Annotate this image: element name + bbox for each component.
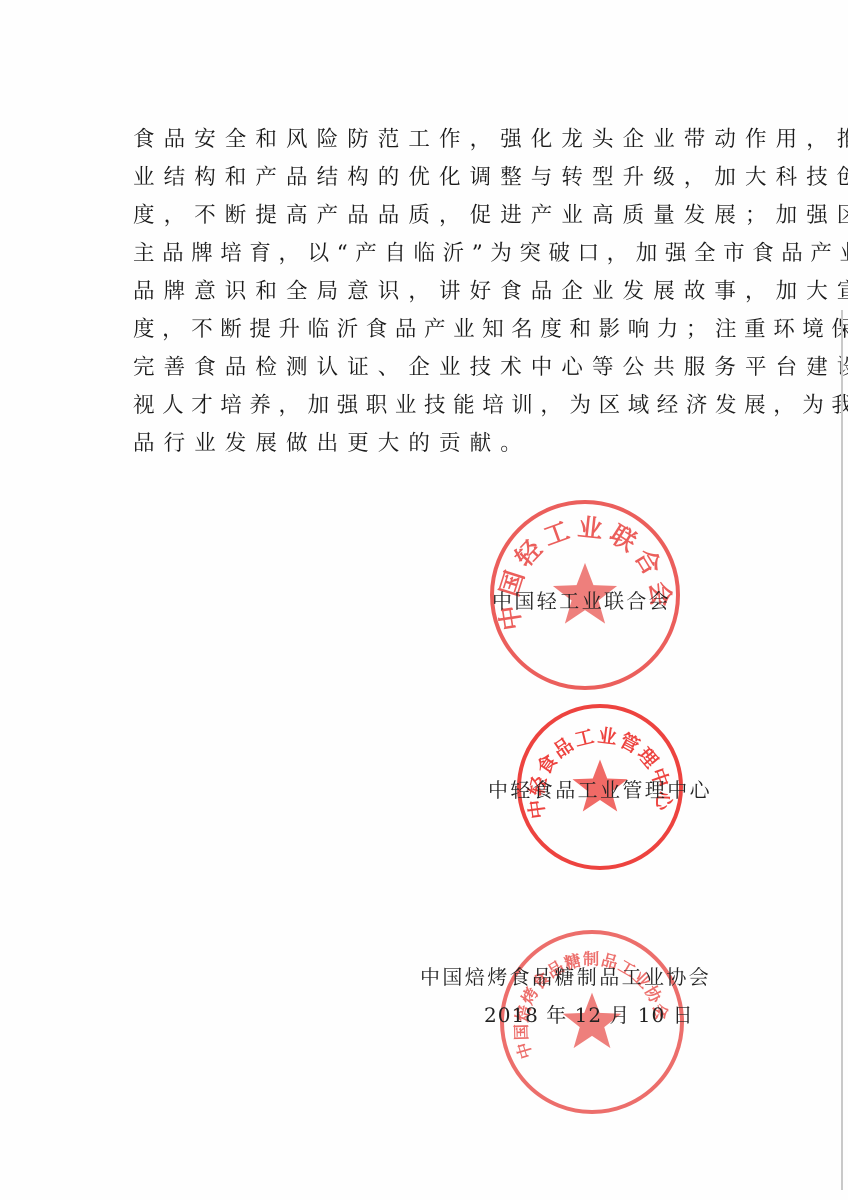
- paragraph-line: 度，不断提升临沂食品产业知名度和影响力；注重环境保护，: [133, 311, 723, 349]
- signatory-name: 中国轻工业联合会: [492, 585, 671, 614]
- document-date: 2018 年 12 月 10 日: [484, 999, 694, 1028]
- body-paragraph: 食品安全和风险防范工作，强化龙头企业带动作用，推动产 业结构和产品结构的优化调整…: [133, 121, 723, 463]
- signatory-name: 中国焙烤食品糖制品工业协会: [420, 961, 711, 990]
- paragraph-line: 食品安全和风险防范工作，强化龙头企业带动作用，推动产: [133, 121, 723, 159]
- paragraph-line: 品牌意识和全局意识，讲好食品企业发展故事，加大宣传力: [133, 273, 723, 311]
- paragraph-line: 主品牌培育，以“产自临沂”为突破口，加强全市食品产业: [133, 235, 723, 273]
- paragraph-line: 品行业发展做出更大的贡献。: [133, 425, 723, 463]
- paragraph-line: 视人才培养，加强职业技能培训，为区域经济发展，为我国食: [133, 387, 723, 425]
- signatory-name: 中轻食品工业管理中心: [488, 774, 712, 803]
- document-page: 食品安全和风险防范工作，强化龙头企业带动作用，推动产 业结构和产品结构的优化调整…: [0, 0, 848, 1200]
- paragraph-line: 完善食品检测认证、企业技术中心等公共服务平台建设，重: [133, 349, 723, 387]
- paragraph-line: 度，不断提高产品品质，促进产业高质量发展；加强区域自: [133, 197, 723, 235]
- paragraph-line: 业结构和产品结构的优化调整与转型升级，加大科技创新力: [133, 159, 723, 197]
- scan-edge-line: [841, 310, 843, 1190]
